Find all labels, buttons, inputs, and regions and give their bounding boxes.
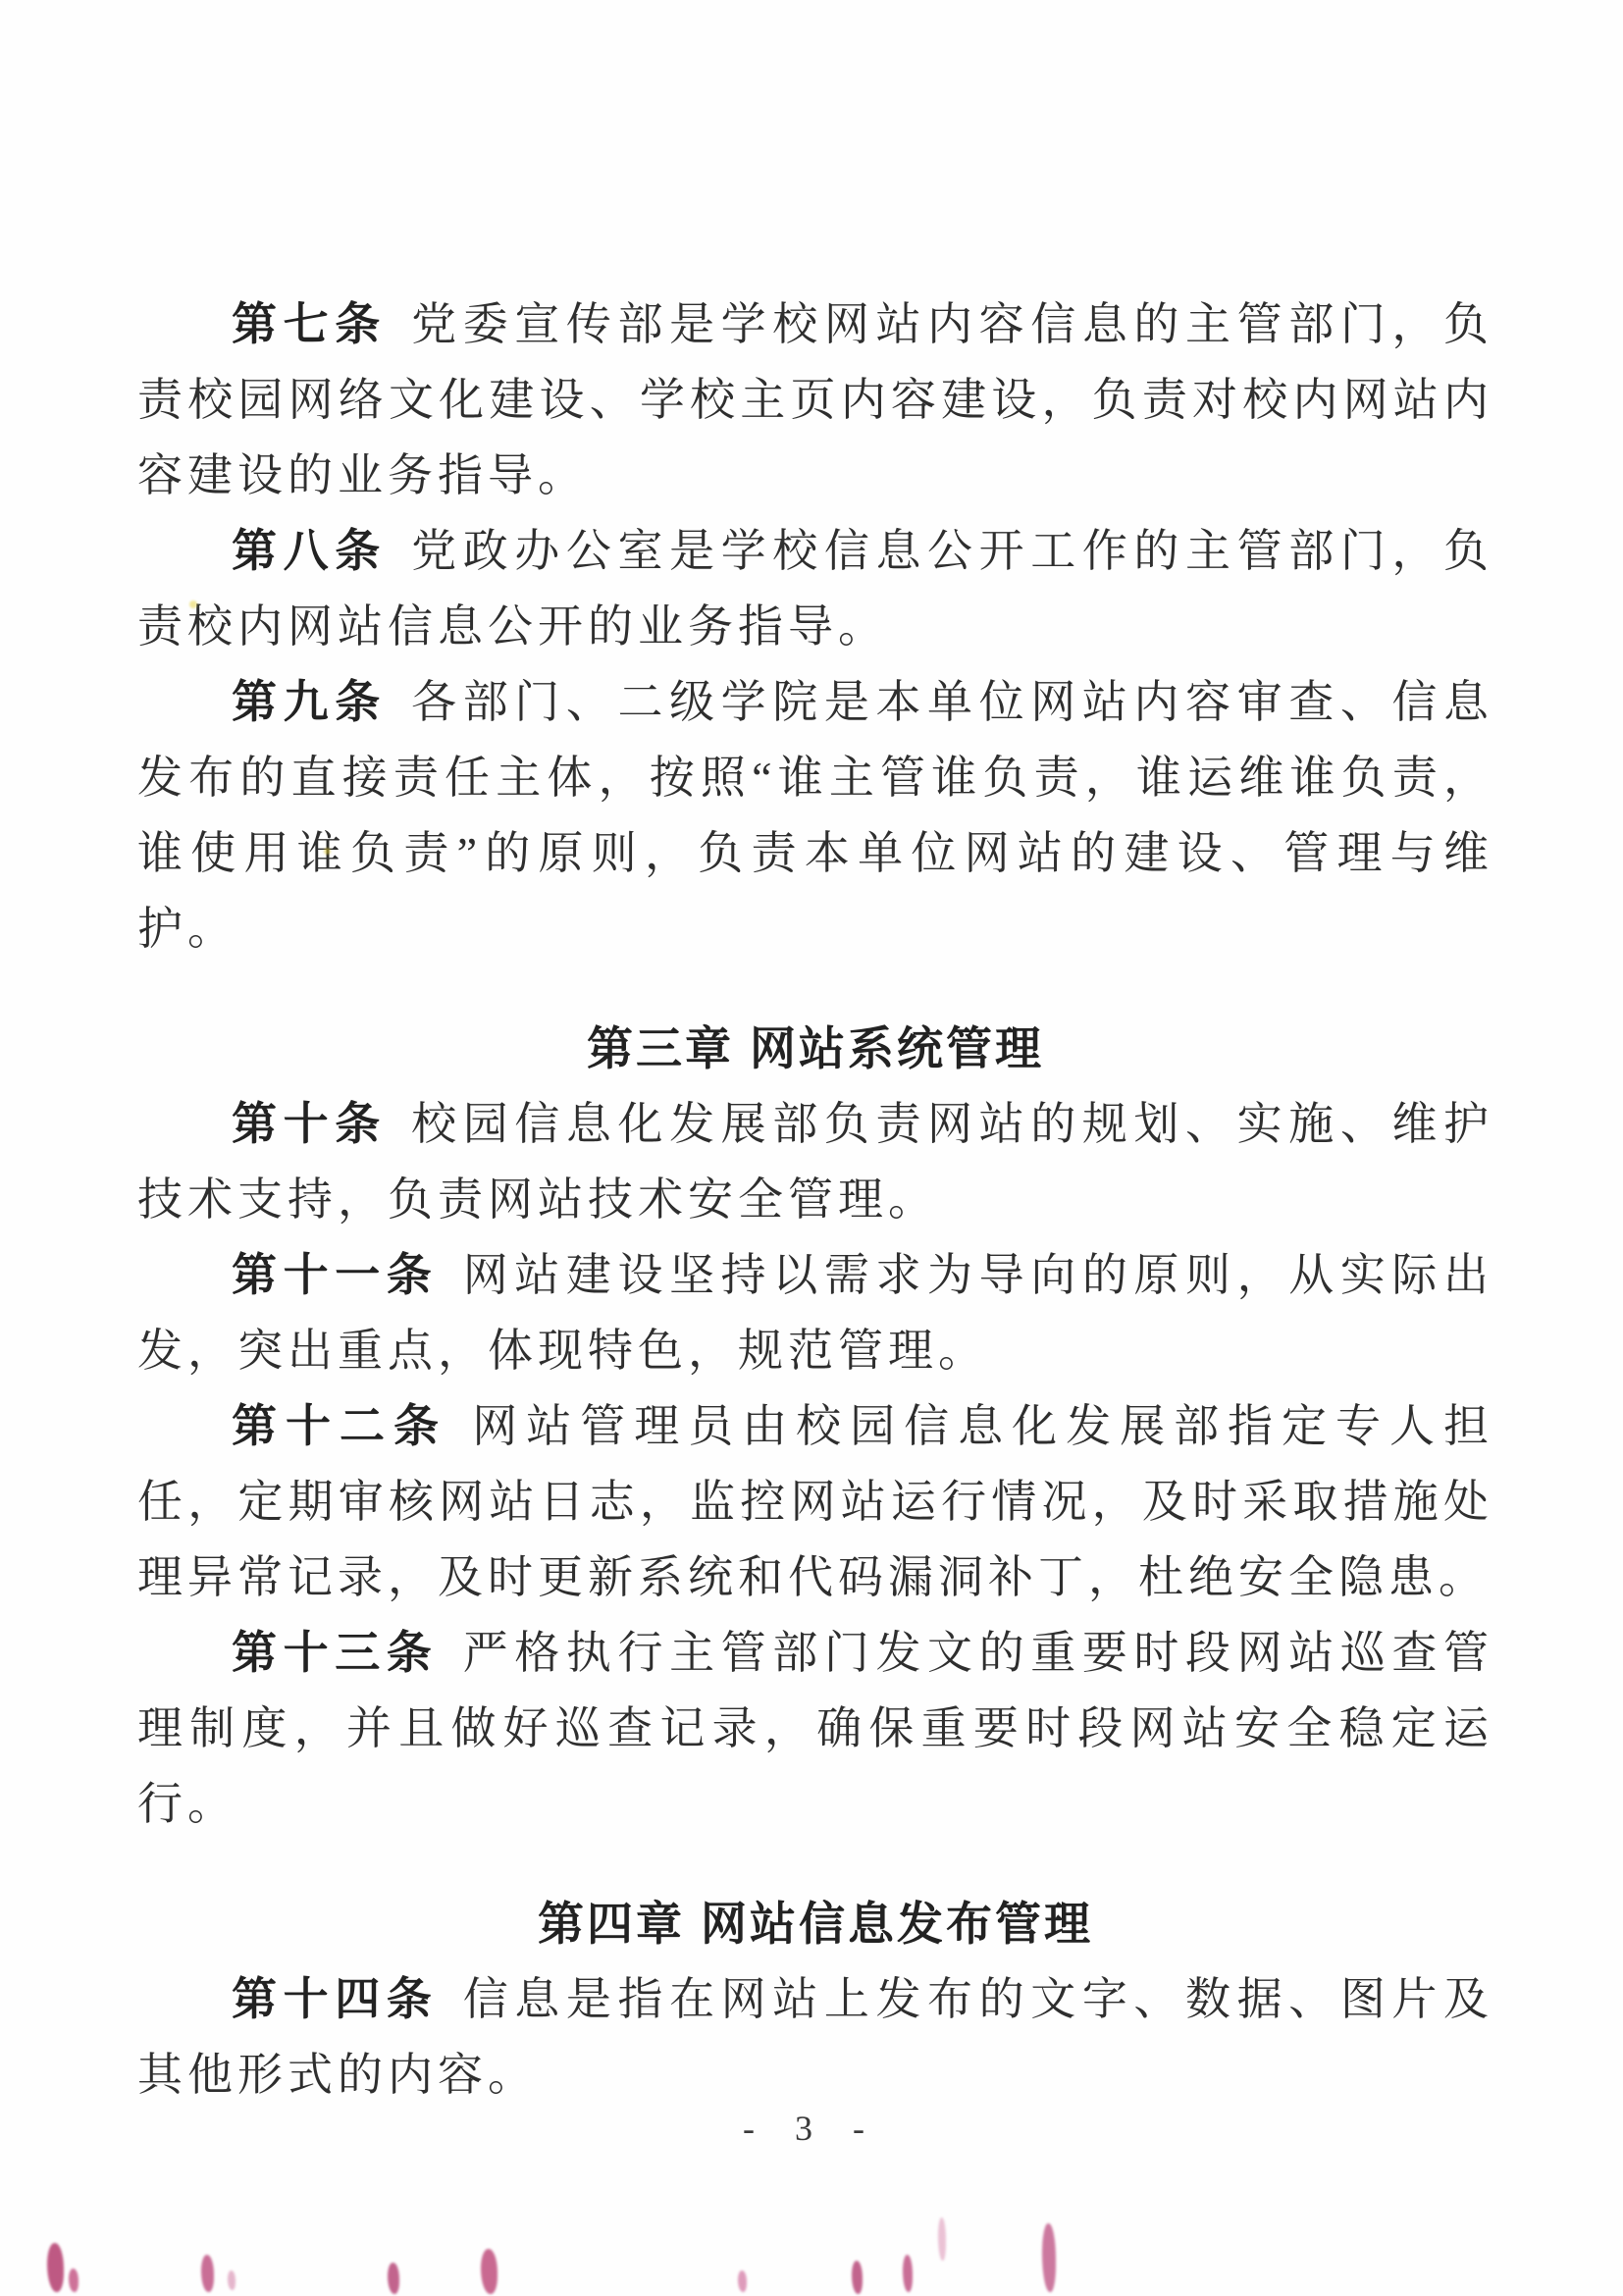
scan-speck bbox=[189, 600, 197, 608]
ink-smudge bbox=[228, 2270, 236, 2290]
scanned-page: 第七条党委宣传部是学校网站内容信息的主管部门，负责校园网络文化建设、学校主页内容… bbox=[0, 0, 1623, 2296]
article-9-number: 第九条 bbox=[232, 677, 387, 727]
ink-smudge bbox=[201, 2255, 214, 2292]
article-7-paragraph: 第七条党委宣传部是学校网站内容信息的主管部门，负责校园网络文化建设、学校主页内容… bbox=[137, 287, 1493, 513]
article-12-number: 第十二条 bbox=[232, 1401, 447, 1451]
ink-smudge bbox=[388, 2263, 399, 2294]
article-14-number: 第十四条 bbox=[232, 1974, 438, 2024]
article-13-paragraph: 第十三条严格执行主管部门发文的重要时段网站巡查管理制度，并且做好巡查记录，确保重… bbox=[137, 1615, 1493, 1842]
article-12-paragraph: 第十二条网站管理员由校园信息化发展部指定专人担任，定期审核网站日志，监控网站运行… bbox=[137, 1388, 1493, 1615]
article-7-number: 第七条 bbox=[232, 299, 387, 349]
article-8-number: 第八条 bbox=[232, 526, 387, 576]
scan-speck bbox=[324, 848, 331, 855]
ink-smudge bbox=[1042, 2223, 1056, 2292]
article-13-number: 第十三条 bbox=[232, 1628, 438, 1678]
ink-smudge bbox=[938, 2218, 946, 2261]
ink-smudge bbox=[47, 2243, 64, 2292]
article-8-paragraph: 第八条党政办公室是学校信息公开工作的主管部门，负责校内网站信息公开的业务指导。 bbox=[137, 513, 1493, 664]
ink-smudge bbox=[738, 2270, 747, 2292]
page-number: - 3 - bbox=[0, 2108, 1623, 2149]
article-10-paragraph: 第十条校园信息化发展部负责网站的规划、实施、维护技术支持，负责网站技术安全管理。 bbox=[137, 1086, 1493, 1237]
ink-smudge bbox=[69, 2269, 79, 2292]
article-9-paragraph: 第九条各部门、二级学院是本单位网站内容审查、信息发布的直接责任主体，按照“谁主管… bbox=[137, 664, 1493, 966]
chapter-3-heading: 第三章 网站系统管理 bbox=[137, 1011, 1493, 1086]
document-body: 第七条党委宣传部是学校网站内容信息的主管部门，负责校园网络文化建设、学校主页内容… bbox=[137, 287, 1493, 2113]
ink-smudge bbox=[852, 2261, 863, 2294]
article-14-paragraph: 第十四条信息是指在网站上发布的文字、数据、图片及其他形式的内容。 bbox=[137, 1961, 1493, 2113]
ink-smudge bbox=[903, 2255, 913, 2292]
chapter-4-heading: 第四章 网站信息发布管理 bbox=[137, 1886, 1493, 1961]
article-11-paragraph: 第十一条网站建设坚持以需求为导向的原则，从实际出发，突出重点，体现特色，规范管理… bbox=[137, 1237, 1493, 1388]
ink-smudge bbox=[481, 2249, 497, 2294]
article-10-number: 第十条 bbox=[232, 1099, 387, 1149]
article-11-number: 第十一条 bbox=[232, 1250, 438, 1300]
